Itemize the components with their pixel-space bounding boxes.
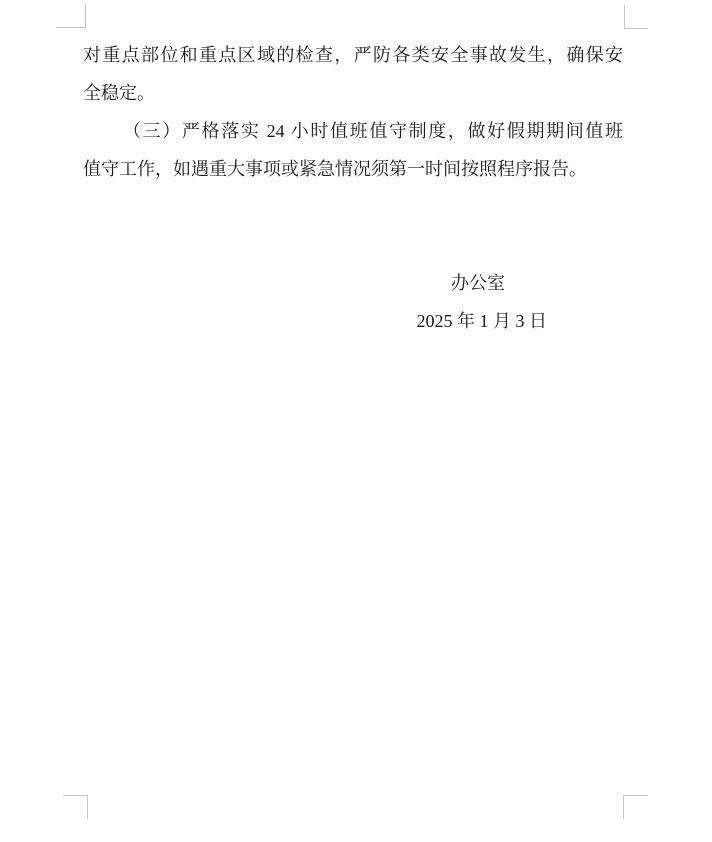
crop-mark-top-left — [56, 4, 86, 28]
body-line-1[interactable]: 对重点部位和重点区域的检查，严防各类安全事故发生，确保安 — [83, 36, 623, 74]
crop-mark-bottom-left — [63, 795, 88, 819]
crop-mark-top-right — [624, 5, 648, 29]
document-page: 对重点部位和重点区域的检查，严防各类安全事故发生，确保安 全稳定。 （三）严格落… — [0, 0, 712, 842]
body-line-3[interactable]: （三）严格落实 24 小时值班值守制度，做好假期期间值班 — [83, 112, 623, 150]
document-text-area[interactable]: 对重点部位和重点区域的检查，严防各类安全事故发生，确保安 全稳定。 （三）严格落… — [83, 36, 623, 340]
signature-date[interactable]: 2025 年 1 月 3 日 — [83, 302, 623, 340]
body-line-2[interactable]: 全稳定。 — [83, 74, 623, 112]
crop-mark-bottom-right — [623, 795, 648, 819]
body-line-4[interactable]: 值守工作，如遇重大事项或紧急情况须第一时间按照程序报告。 — [83, 150, 623, 188]
signature-office[interactable]: 办公室 — [83, 264, 623, 302]
